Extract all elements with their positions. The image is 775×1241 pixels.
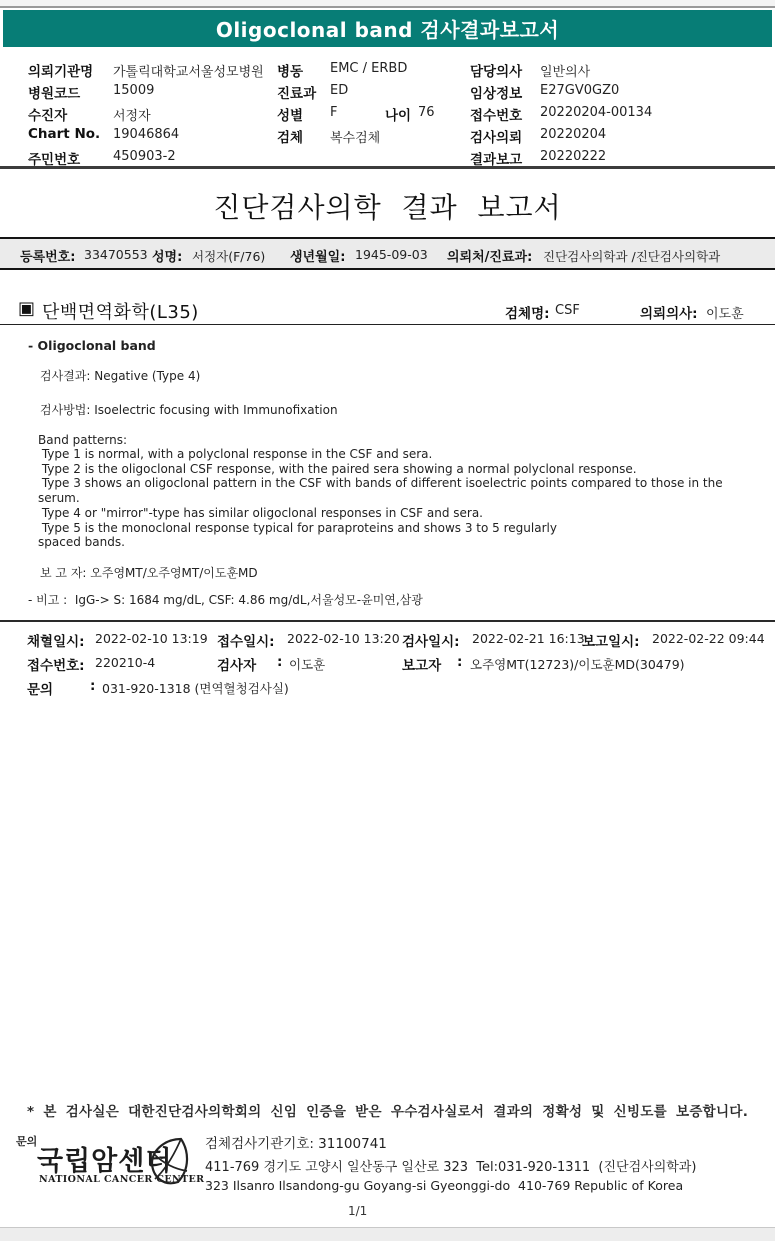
summary-name-value: 서정자(F/76) bbox=[192, 247, 265, 265]
reporter-line: 보 고 자: 오주영MT/오주영MT/이도훈MD bbox=[40, 564, 775, 581]
field-value-age: 76 bbox=[418, 105, 435, 120]
section-specimen-value: CSF bbox=[555, 303, 580, 318]
section-doctor-label: 의뢰의사: bbox=[640, 302, 698, 322]
top-divider-line bbox=[0, 6, 775, 8]
report-header-title: Oligoclonal band 검사결과보고서 bbox=[216, 14, 559, 43]
org-code: 검체검사기관기호: 31100741 bbox=[205, 1132, 387, 1152]
field-value-result-date: 20220222 bbox=[540, 149, 606, 164]
band-pattern-line: spaced bands. bbox=[38, 535, 775, 550]
band-pattern-line: Type 1 is normal, with a polyclonal resp… bbox=[38, 447, 775, 462]
field-value-doctor: 일반의사 bbox=[540, 61, 590, 80]
report-time-label: 보고일시: bbox=[582, 630, 640, 650]
org-address-korean: 411-769 경기도 고양시 일산동구 일산로 323 Tel:031-920… bbox=[205, 1156, 696, 1175]
field-label-institution: 의뢰기관명 bbox=[28, 60, 93, 80]
patient-summary-bar: 등록번호: 33470553 성명: 서정자(F/76) 생년월일: 1945-… bbox=[0, 237, 775, 270]
field-label-order-date: 검사의뢰 bbox=[470, 126, 522, 146]
test-result: 검사결과: Negative (Type 4) bbox=[40, 367, 775, 384]
reporter-value: 오주영MT(12723)/이도훈MD(30479) bbox=[470, 655, 685, 673]
field-label-clinical-info: 임상정보 bbox=[470, 82, 522, 102]
field-label-specimen: 검체 bbox=[277, 126, 303, 146]
field-label-resident-no: 주민번호 bbox=[28, 148, 80, 168]
ncc-leaf-logo-icon bbox=[148, 1136, 192, 1190]
org-address-english: 323 Ilsanro Ilsandong-gu Goyang-si Gyeon… bbox=[205, 1178, 683, 1193]
field-label-doctor: 담당의사 bbox=[470, 60, 522, 80]
reporter-separator: : bbox=[457, 654, 462, 670]
lab-report-page: Oligoclonal band 검사결과보고서 의뢰기관명 가톨릭대학교서울성… bbox=[0, 0, 775, 1241]
field-value-clinical-info: E27GV0GZ0 bbox=[540, 83, 619, 98]
field-label-chart-no: Chart No. bbox=[28, 126, 100, 142]
report-header-bar: Oligoclonal band 검사결과보고서 bbox=[3, 10, 772, 47]
band-pattern-line: serum. bbox=[38, 491, 775, 506]
contact-label: 문의 bbox=[27, 678, 53, 698]
contact-value: 031-920-1318 (면역혈청검사실) bbox=[102, 679, 289, 697]
field-label-patient: 수진자 bbox=[28, 104, 67, 124]
field-value-ward: EMC / ERBD bbox=[330, 61, 407, 76]
summary-reg-value: 33470553 bbox=[84, 247, 148, 262]
accession-no-value: 220210-4 bbox=[95, 655, 155, 670]
field-label-sex: 성별 bbox=[277, 104, 303, 124]
field-label-age: 나이 bbox=[385, 104, 411, 124]
tester-separator: : bbox=[277, 654, 282, 670]
thick-divider bbox=[0, 166, 775, 169]
field-label-result-date: 결과보고 bbox=[470, 148, 522, 168]
accession-no-label: 접수번호: bbox=[27, 654, 85, 674]
band-pattern-line: Type 4 or "mirror"-type has similar olig… bbox=[38, 506, 775, 521]
test-time-label: 검사일시: bbox=[402, 630, 460, 650]
band-pattern-line: Type 5 is the monoclonal response typica… bbox=[38, 521, 775, 536]
note-line: - 비고 : IgG-> S: 1684 mg/dL, CSF: 4.86 mg… bbox=[28, 591, 775, 608]
summary-dept-label: 의뢰처/진료과: bbox=[447, 246, 532, 265]
summary-dept-value: 진단검사의학과 /진단검사의학과 bbox=[543, 247, 720, 265]
field-value-department: ED bbox=[330, 83, 348, 98]
field-label-accession-no: 접수번호 bbox=[470, 104, 522, 124]
field-label-ward: 병동 bbox=[277, 60, 303, 80]
section-underline bbox=[0, 324, 775, 325]
inquiry-label: 문의 bbox=[16, 1133, 37, 1149]
footer-divider bbox=[0, 620, 775, 622]
field-label-hospital-code: 병원코드 bbox=[28, 82, 80, 102]
contact-separator: : bbox=[90, 678, 95, 694]
receive-time-label: 접수일시: bbox=[217, 630, 275, 650]
tester-label: 검사자 bbox=[217, 654, 256, 674]
test-name: - Oligoclonal band bbox=[28, 338, 775, 353]
summary-reg-label: 등록번호: bbox=[20, 246, 75, 265]
section-specimen-label: 검체명: bbox=[505, 302, 550, 322]
field-label-department: 진료과 bbox=[277, 82, 316, 102]
test-method: 검사방법: Isoelectric focusing with Immunofi… bbox=[40, 401, 775, 418]
summary-name-label: 성명: bbox=[152, 246, 182, 265]
section-doctor-value: 이도훈 bbox=[706, 303, 744, 322]
summary-birth-value: 1945-09-03 bbox=[355, 247, 428, 262]
field-value-patient: 서정자 bbox=[113, 105, 151, 124]
bottom-strip bbox=[0, 1227, 775, 1241]
receive-time-value: 2022-02-10 13:20 bbox=[287, 631, 400, 646]
field-value-hospital-code: 15009 bbox=[113, 83, 154, 98]
summary-birth-label: 생년월일: bbox=[290, 246, 345, 265]
field-value-accession-no: 20220204-00134 bbox=[540, 105, 652, 120]
draw-time-label: 채혈일시: bbox=[27, 630, 85, 650]
result-body: - Oligoclonal band 검사결과: Negative (Type … bbox=[0, 336, 775, 608]
band-pattern-line: Type 2 is the oligoclonal CSF response, … bbox=[38, 462, 775, 477]
test-time-value: 2022-02-21 16:13 bbox=[472, 631, 585, 646]
field-value-chart-no: 19046864 bbox=[113, 127, 179, 142]
section-title: 단백면역화학(L35) bbox=[42, 298, 199, 324]
page-number: 1/1 bbox=[348, 1204, 367, 1218]
accreditation-disclaimer: * 본 검사실은 대한진단검사의학회의 신임 인증을 받은 우수검사실로서 결과… bbox=[27, 1100, 765, 1120]
field-value-resident-no: 450903-2 bbox=[113, 149, 176, 164]
field-value-specimen: 복수검체 bbox=[330, 127, 380, 146]
report-title: 진단검사의학 결과 보고서 bbox=[0, 186, 775, 226]
tester-value: 이도훈 bbox=[289, 655, 325, 673]
section-bullet-icon: ▣ bbox=[18, 298, 36, 319]
band-patterns-title: Band patterns: bbox=[38, 433, 775, 447]
reporter-label: 보고자 bbox=[402, 654, 441, 674]
field-value-order-date: 20220204 bbox=[540, 127, 606, 142]
report-time-value: 2022-02-22 09:44 bbox=[652, 631, 765, 646]
field-value-institution: 가톨릭대학교서울성모병원 bbox=[113, 61, 264, 80]
band-pattern-line: Type 3 shows an oligoclonal pattern in t… bbox=[38, 476, 775, 491]
field-value-sex: F bbox=[330, 105, 337, 120]
draw-time-value: 2022-02-10 13:19 bbox=[95, 631, 208, 646]
